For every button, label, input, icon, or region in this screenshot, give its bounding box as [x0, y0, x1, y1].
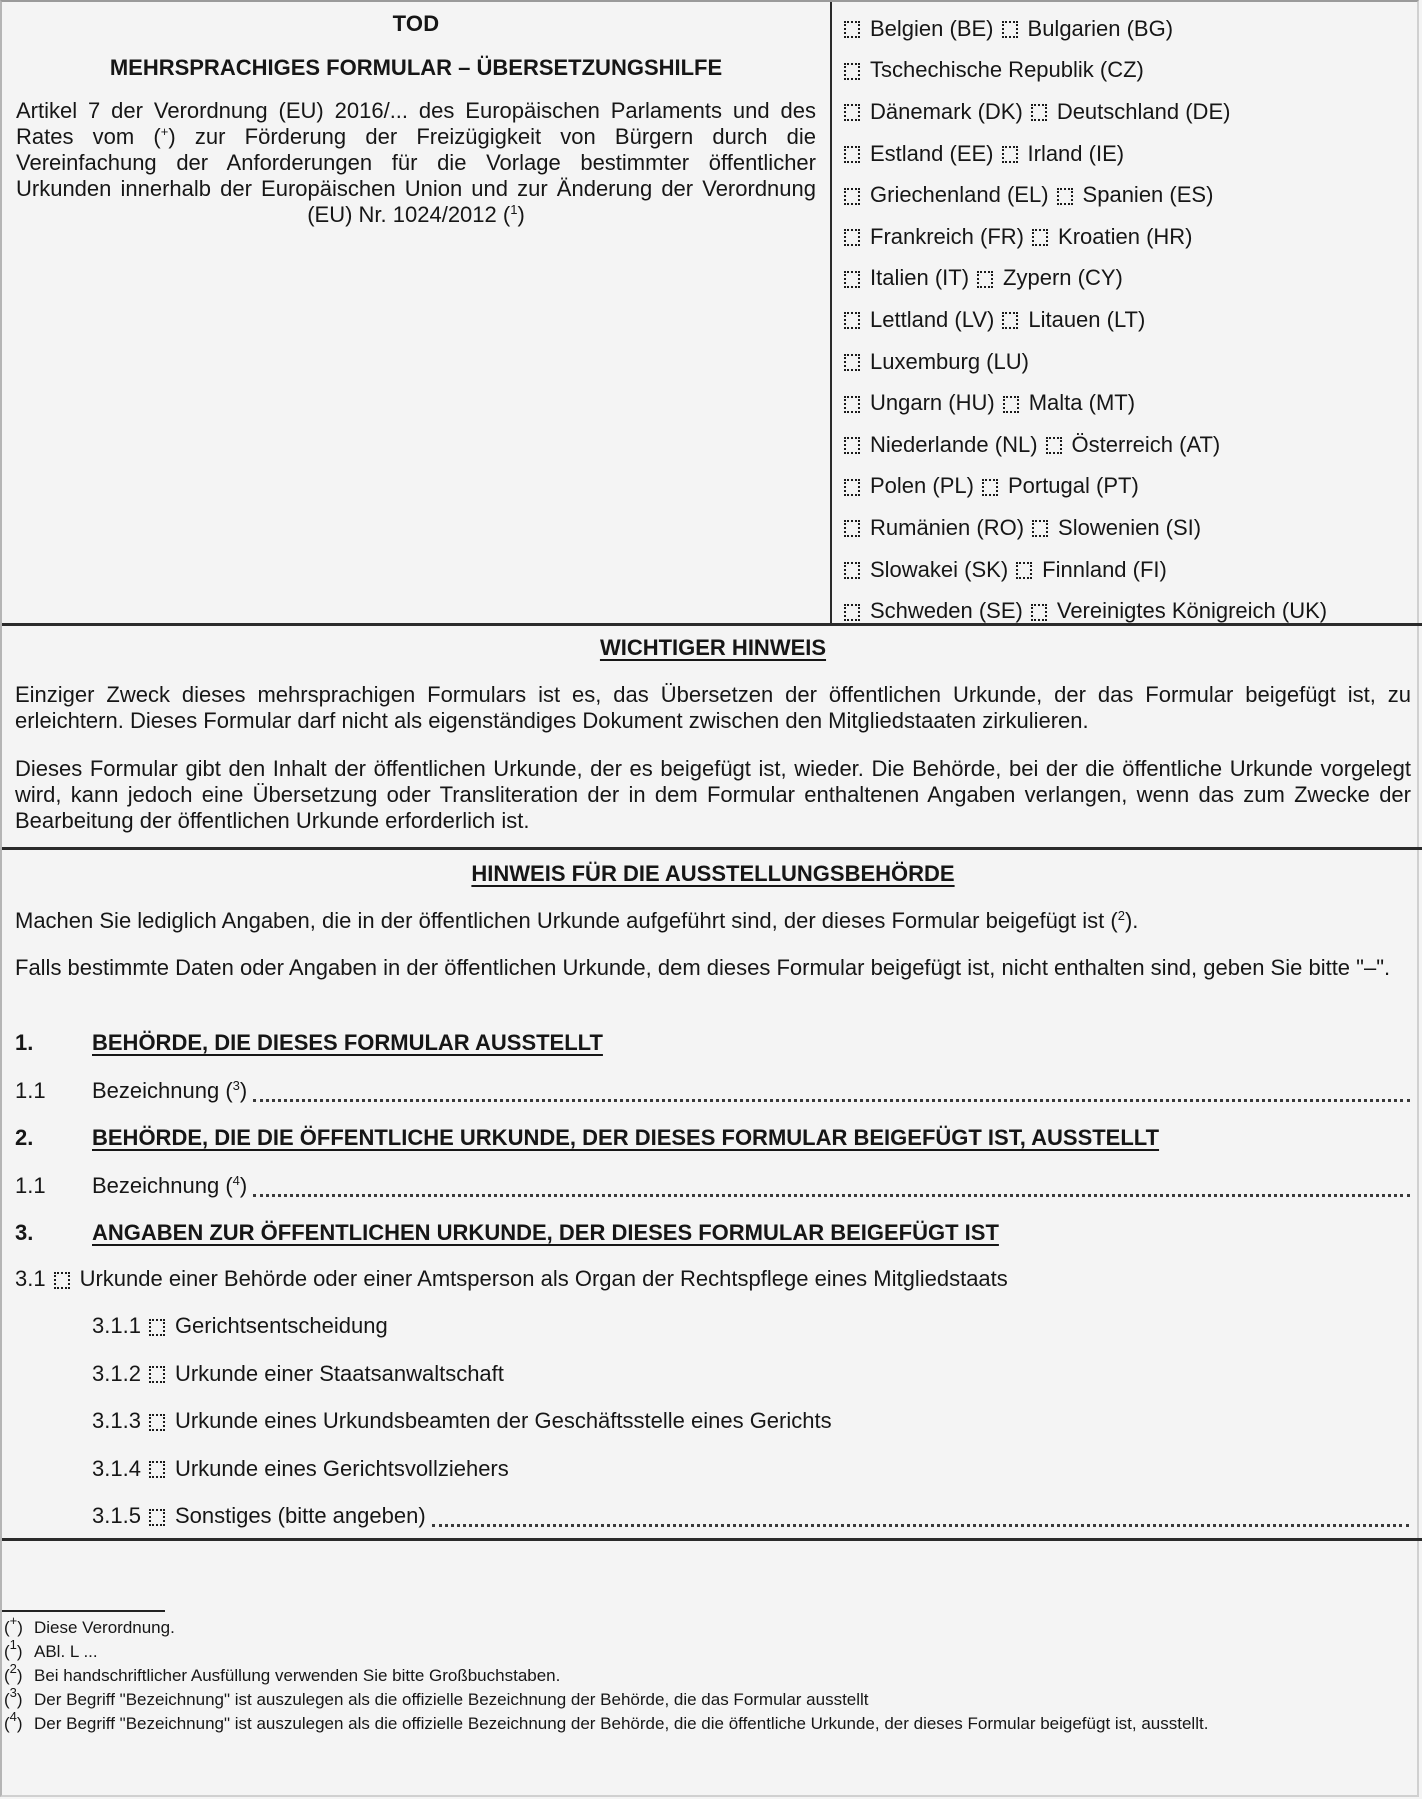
- checkbox[interactable]: [844, 479, 860, 496]
- country-label: Griechenland (EL): [870, 182, 1049, 208]
- checkbox[interactable]: [844, 604, 860, 621]
- country-label: Belgien (BE): [870, 16, 994, 42]
- checkbox[interactable]: [1003, 396, 1019, 413]
- important-note-heading: WICHTIGER HINWEIS: [2, 635, 1422, 661]
- country-label: Slowakei (SK): [870, 557, 1008, 583]
- country-label: Frankreich (FR): [870, 224, 1024, 250]
- country-row: Estland (EE)Irland (IE): [844, 133, 1414, 175]
- important-note-paragraph-2: Dieses Formular gibt den Inhalt der öffe…: [15, 756, 1411, 834]
- section-1-name-field[interactable]: 1.1 Bezeichnung (3): [15, 1078, 1410, 1104]
- checkbox[interactable]: [149, 1509, 165, 1526]
- name-input-line[interactable]: [253, 1176, 1410, 1197]
- checkbox[interactable]: [149, 1366, 165, 1383]
- form-intro: Artikel 7 der Verordnung (EU) 2016/... d…: [10, 98, 822, 228]
- country-label: Litauen (LT): [1028, 307, 1145, 333]
- country-label: Luxemburg (LU): [870, 349, 1029, 375]
- checkbox[interactable]: [1046, 437, 1062, 454]
- country-label: Ungarn (HU): [870, 390, 995, 416]
- country-label: Vereinigtes Königreich (UK): [1057, 598, 1327, 624]
- section-divider: [2, 847, 1422, 850]
- country-option[interactable]: Bulgarien (BG): [1002, 16, 1174, 42]
- country-row: Tschechische Republik (CZ): [844, 50, 1414, 92]
- country-label: Schweden (SE): [870, 598, 1023, 624]
- country-label: Portugal (PT): [1008, 473, 1139, 499]
- authority-note-heading: HINWEIS FÜR DIE AUSSTELLUNGSBEHÖRDE: [2, 861, 1422, 887]
- footnote-mark: (1): [4, 1640, 34, 1664]
- country-option[interactable]: Dänemark (DK): [844, 99, 1023, 125]
- country-option[interactable]: Lettland (LV): [844, 307, 994, 333]
- section-3-heading: 3.ANGABEN ZUR ÖFFENTLICHEN URKUNDE, DER …: [15, 1220, 999, 1246]
- footnote: (2)Bei handschriftlicher Ausfüllung verw…: [4, 1664, 1422, 1688]
- country-label: Deutschland (DE): [1057, 99, 1231, 125]
- country-row: Belgien (BE)Bulgarien (BG): [844, 8, 1414, 50]
- country-option[interactable]: Rumänien (RO): [844, 515, 1024, 541]
- country-label: Dänemark (DK): [870, 99, 1023, 125]
- checkbox[interactable]: [844, 63, 860, 80]
- country-label: Zypern (CY): [1003, 265, 1123, 291]
- item-3-1-4: 3.1.4Urkunde eines Gerichtsvollziehers: [92, 1456, 509, 1482]
- country-label: Spanien (ES): [1083, 182, 1214, 208]
- authority-note-paragraph-2: Falls bestimmte Daten oder Angaben in de…: [15, 955, 1411, 981]
- country-option[interactable]: Spanien (ES): [1057, 182, 1214, 208]
- country-option[interactable]: Luxemburg (LU): [844, 349, 1029, 375]
- country-option[interactable]: Österreich (AT): [1046, 432, 1221, 458]
- country-option[interactable]: Kroatien (HR): [1032, 224, 1192, 250]
- country-option[interactable]: Tschechische Republik (CZ): [844, 57, 1144, 83]
- country-label: Finnland (FI): [1042, 557, 1167, 583]
- field-label: Bezeichnung (3): [92, 1078, 247, 1104]
- checkbox[interactable]: [977, 271, 993, 288]
- country-option[interactable]: Malta (MT): [1003, 390, 1135, 416]
- country-label: Slowenien (SI): [1058, 515, 1201, 541]
- country-label: Rumänien (RO): [870, 515, 1024, 541]
- checkbox[interactable]: [844, 21, 860, 38]
- country-label: Tschechische Republik (CZ): [870, 57, 1144, 83]
- country-option[interactable]: Deutschland (DE): [1031, 99, 1231, 125]
- country-option[interactable]: Zypern (CY): [977, 265, 1123, 291]
- country-option[interactable]: Schweden (SE): [844, 598, 1023, 624]
- country-checklist: Belgien (BE)Bulgarien (BG)Tschechische R…: [844, 8, 1414, 632]
- item-3-1-2: 3.1.2Urkunde einer Staatsanwaltschaft: [92, 1361, 504, 1387]
- section-2-heading: 2.BEHÖRDE, DIE DIE ÖFFENTLICHE URKUNDE, …: [15, 1125, 1159, 1151]
- footnote-mark: (2): [4, 1664, 34, 1688]
- country-label: Malta (MT): [1029, 390, 1135, 416]
- country-option[interactable]: Frankreich (FR): [844, 224, 1024, 250]
- checkbox[interactable]: [149, 1414, 165, 1431]
- form-tag: TOD: [10, 8, 822, 40]
- country-label: Österreich (AT): [1072, 432, 1221, 458]
- country-label: Bulgarien (BG): [1028, 16, 1174, 42]
- checkbox[interactable]: [844, 562, 860, 579]
- checkbox[interactable]: [844, 520, 860, 537]
- country-label: Estland (EE): [870, 141, 994, 167]
- checkbox[interactable]: [844, 188, 860, 205]
- checkbox[interactable]: [1002, 21, 1018, 38]
- footnote-ref: 2: [1118, 908, 1125, 923]
- section-1-heading: 1.BEHÖRDE, DIE DIESES FORMULAR AUSSTELLT: [15, 1030, 603, 1056]
- form-title: MEHRSPRACHIGES FORMULAR – ÜBERSETZUNGSHI…: [10, 52, 822, 84]
- footnote: (3)Der Begriff "Bezeichnung" ist auszule…: [4, 1688, 1422, 1712]
- item-3-1-1: 3.1.1Gerichtsentscheidung: [92, 1313, 388, 1339]
- country-option[interactable]: Belgien (BE): [844, 16, 994, 42]
- checkbox[interactable]: [1002, 312, 1018, 329]
- country-option[interactable]: Niederlande (NL): [844, 432, 1038, 458]
- country-row: Polen (PL)Portugal (PT): [844, 466, 1414, 508]
- checkbox[interactable]: [1057, 188, 1073, 205]
- checkbox[interactable]: [1031, 604, 1047, 621]
- footnote-rule: [2, 1610, 165, 1612]
- country-label: Niederlande (NL): [870, 432, 1038, 458]
- checkbox[interactable]: [1032, 520, 1048, 537]
- checkbox[interactable]: [1031, 104, 1047, 121]
- country-option[interactable]: Polen (PL): [844, 473, 974, 499]
- country-row: Rumänien (RO)Slowenien (SI): [844, 507, 1414, 549]
- country-row: Dänemark (DK)Deutschland (DE): [844, 91, 1414, 133]
- country-row: Griechenland (EL)Spanien (ES): [844, 174, 1414, 216]
- checkbox[interactable]: [844, 354, 860, 371]
- item-3-1-3: 3.1.3Urkunde eines Urkundsbeamten der Ge…: [92, 1408, 832, 1434]
- footnote-mark: (+): [4, 1616, 34, 1640]
- important-note-paragraph-1: Einziger Zweck dieses mehrsprachigen For…: [15, 682, 1411, 734]
- item-3-1: 3.1 Urkunde einer Behörde oder einer Amt…: [15, 1266, 1008, 1292]
- country-option[interactable]: Slowenien (SI): [1032, 515, 1201, 541]
- country-option[interactable]: Finnland (FI): [1016, 557, 1167, 583]
- checkbox[interactable]: [844, 271, 860, 288]
- country-option[interactable]: Italien (IT): [844, 265, 969, 291]
- country-option[interactable]: Ungarn (HU): [844, 390, 995, 416]
- footnote-mark: (3): [4, 1688, 34, 1712]
- country-row: Lettland (LV)Litauen (LT): [844, 299, 1414, 341]
- country-option[interactable]: Estland (EE): [844, 141, 994, 167]
- country-label: Italien (IT): [870, 265, 969, 291]
- form-page: TOD MEHRSPRACHIGES FORMULAR – ÜBERSETZUN…: [0, 0, 1419, 1797]
- country-row: Slowakei (SK)Finnland (FI): [844, 549, 1414, 591]
- country-option[interactable]: Litauen (LT): [1002, 307, 1145, 333]
- authority-note-paragraph-1: Machen Sie lediglich Angaben, die in der…: [15, 908, 1411, 934]
- country-row: Niederlande (NL)Österreich (AT): [844, 424, 1414, 466]
- checkbox[interactable]: [844, 104, 860, 121]
- checkbox[interactable]: [1032, 229, 1048, 246]
- section-2-name-field[interactable]: 1.1 Bezeichnung (4): [15, 1173, 1410, 1199]
- country-row: Frankreich (FR)Kroatien (HR): [844, 216, 1414, 258]
- footnote-mark: (4): [4, 1712, 34, 1736]
- country-row: Luxemburg (LU): [844, 341, 1414, 383]
- form-header: TOD MEHRSPRACHIGES FORMULAR – ÜBERSETZUN…: [10, 8, 822, 228]
- checkbox[interactable]: [844, 437, 860, 454]
- country-option[interactable]: Portugal (PT): [982, 473, 1139, 499]
- column-divider: [830, 2, 832, 625]
- section-divider: [2, 1538, 1422, 1541]
- checkbox[interactable]: [54, 1272, 70, 1289]
- field-label: Bezeichnung (4): [92, 1173, 247, 1199]
- checkbox[interactable]: [844, 312, 860, 329]
- other-input-line[interactable]: [432, 1506, 1409, 1527]
- name-input-line[interactable]: [253, 1081, 1410, 1102]
- checkbox[interactable]: [1002, 146, 1018, 163]
- country-label: Irland (IE): [1028, 141, 1125, 167]
- country-row: Ungarn (HU)Malta (MT): [844, 382, 1414, 424]
- country-option[interactable]: Slowakei (SK): [844, 557, 1008, 583]
- country-row: Italien (IT)Zypern (CY): [844, 258, 1414, 300]
- country-option[interactable]: Irland (IE): [1002, 141, 1125, 167]
- item-3-1-5: 3.1.5Sonstiges (bitte angeben): [92, 1503, 1409, 1529]
- footnote: (1)ABl. L ...: [4, 1640, 1422, 1664]
- section-divider: [2, 623, 1422, 626]
- checkbox[interactable]: [149, 1319, 165, 1336]
- country-option[interactable]: Griechenland (EL): [844, 182, 1049, 208]
- footnotes: (+)Diese Verordnung.(1)ABl. L ...(2)Bei …: [4, 1616, 1422, 1736]
- footnote: (+)Diese Verordnung.: [4, 1616, 1422, 1640]
- country-label: Lettland (LV): [870, 307, 994, 333]
- country-option[interactable]: Vereinigtes Königreich (UK): [1031, 598, 1327, 624]
- checkbox[interactable]: [149, 1461, 165, 1478]
- country-label: Kroatien (HR): [1058, 224, 1192, 250]
- checkbox[interactable]: [844, 229, 860, 246]
- country-label: Polen (PL): [870, 473, 974, 499]
- checkbox[interactable]: [844, 146, 860, 163]
- checkbox[interactable]: [844, 396, 860, 413]
- footnote: (4)Der Begriff "Bezeichnung" ist auszule…: [4, 1712, 1422, 1736]
- checkbox[interactable]: [982, 479, 998, 496]
- checkbox[interactable]: [1016, 562, 1032, 579]
